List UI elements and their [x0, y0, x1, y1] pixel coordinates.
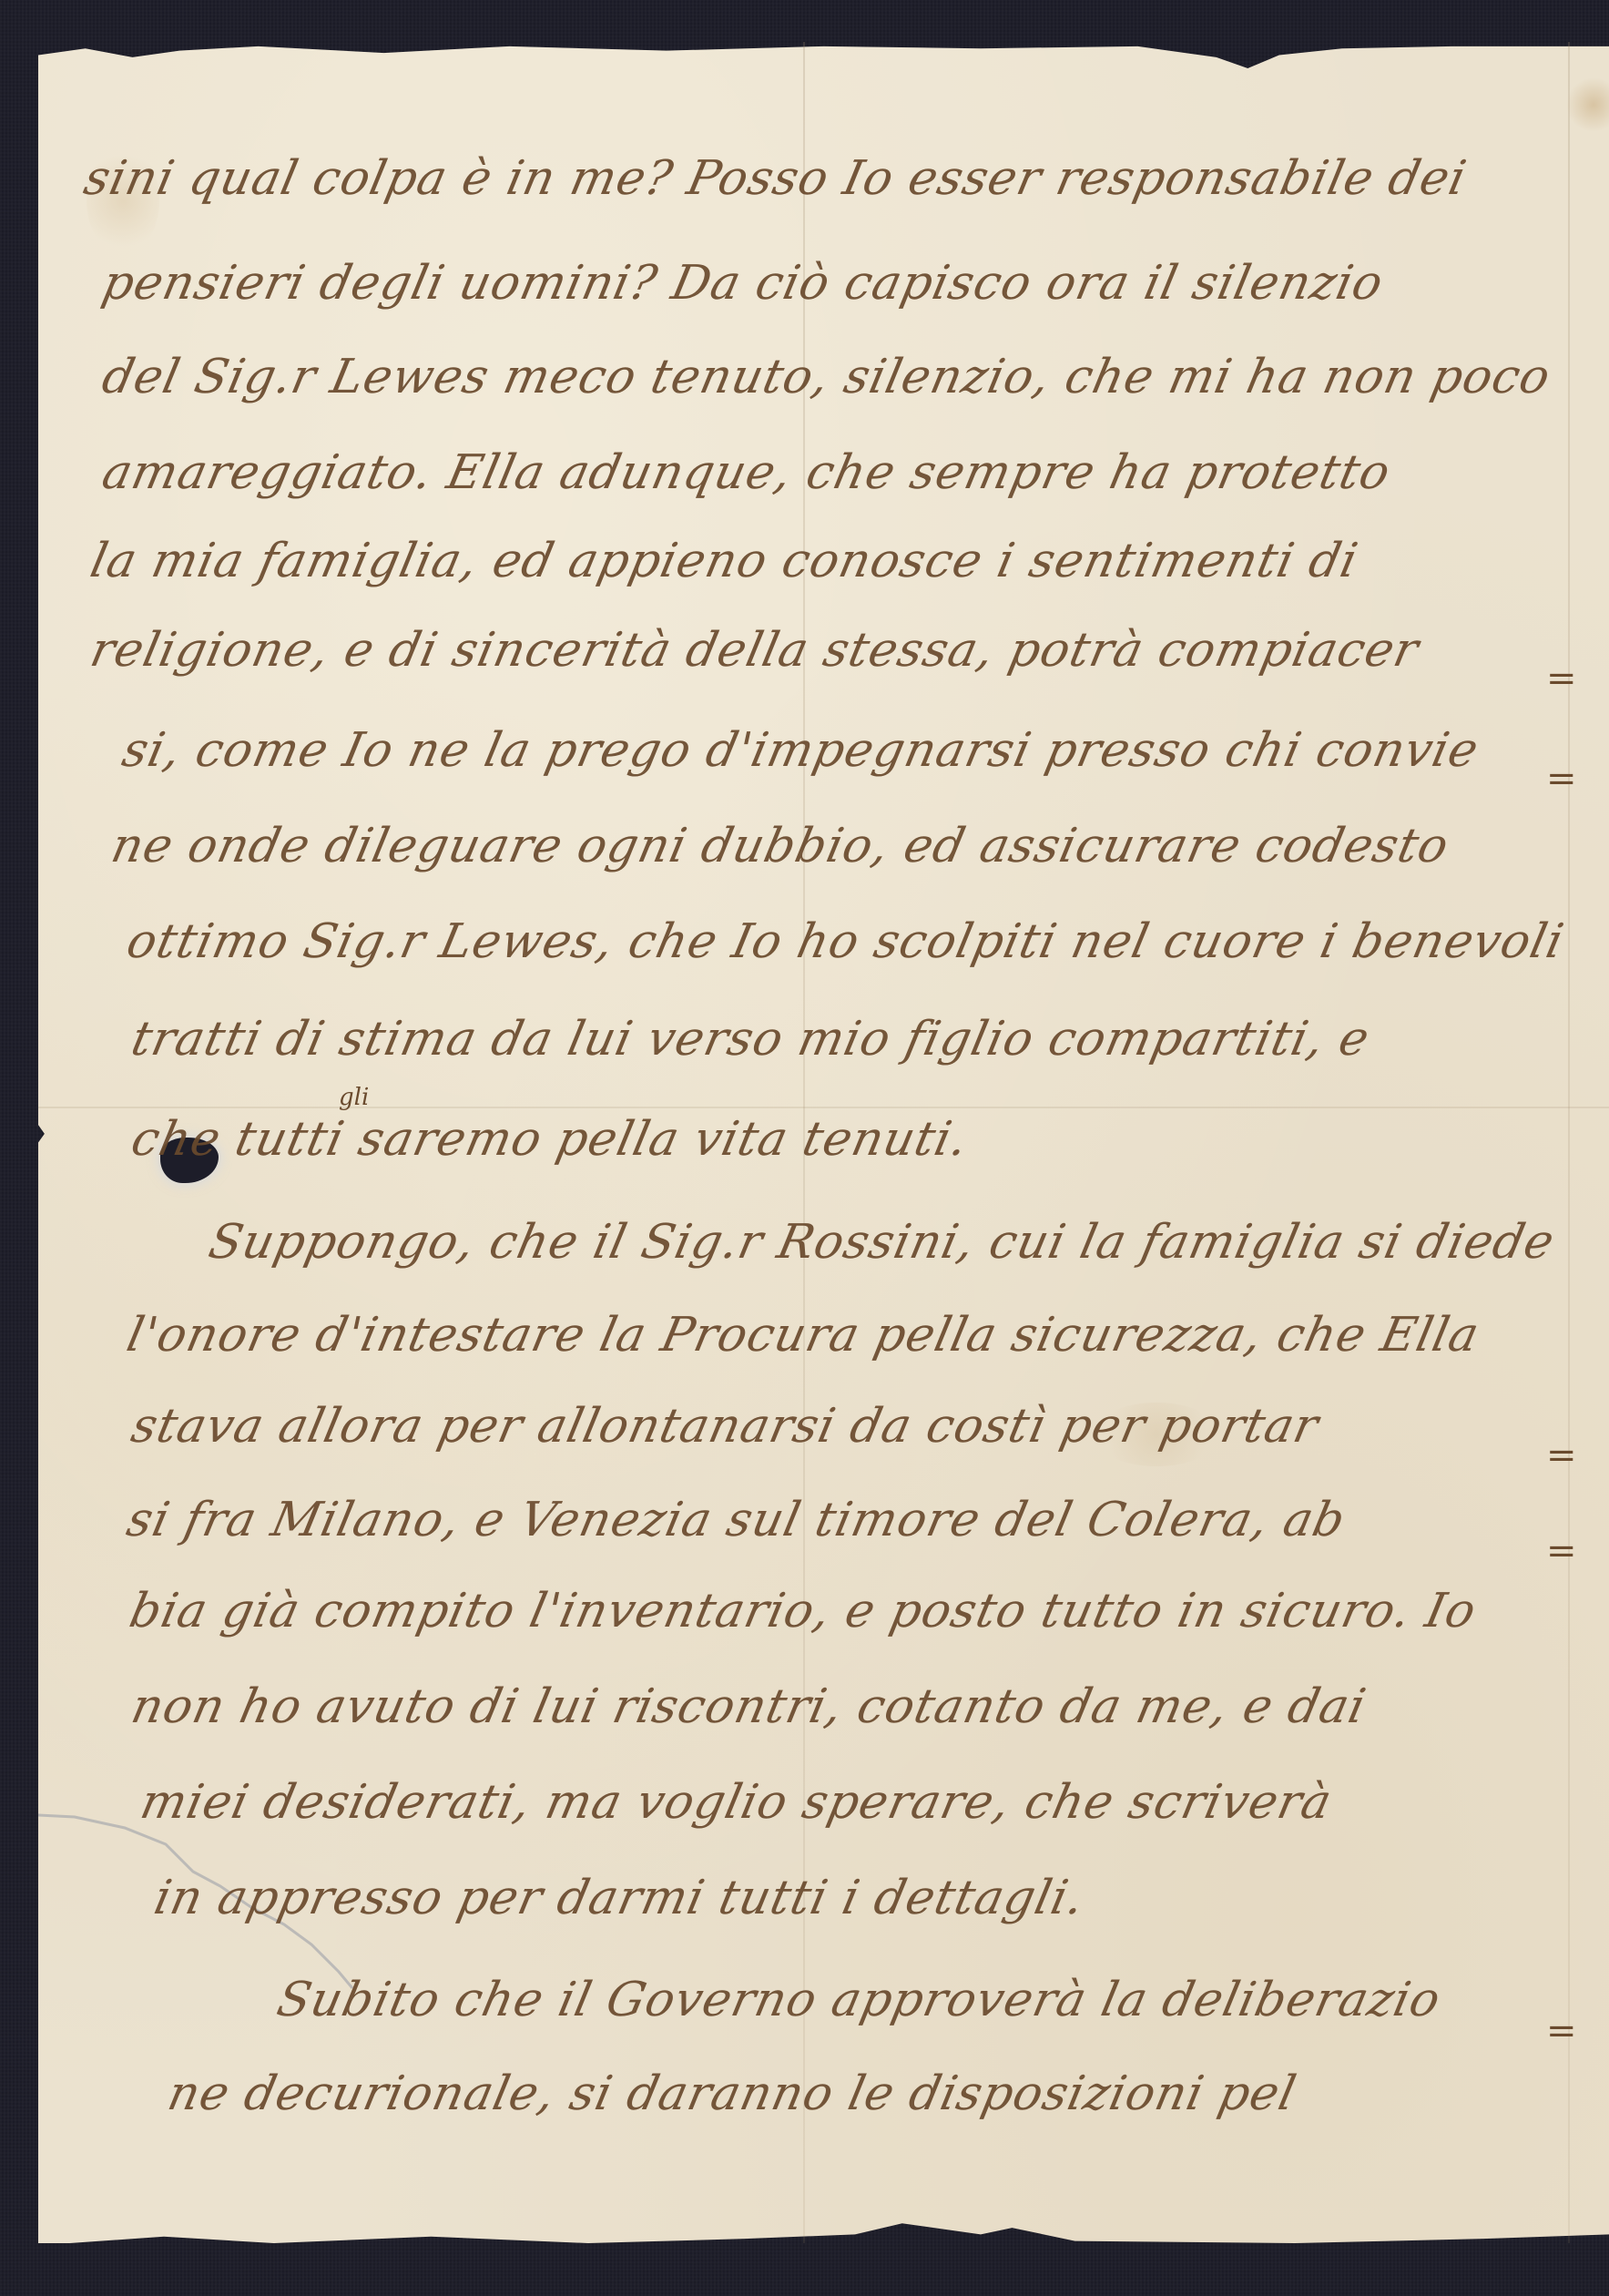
interlinear-insertion: gli [339, 1084, 369, 1111]
text-line-20: Subito che il Governo approverà la delib… [273, 1976, 1445, 2024]
text-line-18: miei desiderati, ma voglio sperare, che … [137, 1779, 1336, 1826]
continuation-mark: = [1546, 2013, 1577, 2049]
text-line-19: in appresso per darmi tutti i dettagli. [150, 1874, 1089, 1922]
continuation-mark: = [1546, 1437, 1577, 1474]
text-line-9: ottimo Sig.r Lewes, che Io ho scolpiti n… [123, 918, 1568, 965]
text-line-2: pensieri degli uomini? Da ciò capisco or… [98, 260, 1388, 307]
text-line-1: sini qual colpa è in me? Posso Io esser … [80, 155, 1471, 202]
continuation-mark: = [1546, 1533, 1577, 1569]
text-line-17: non ho avuto di lui riscontri, cotanto d… [127, 1683, 1370, 1730]
text-line-13: l'onore d'intestare la Procura pella sic… [123, 1311, 1483, 1359]
text-line-21: ne decurionale, si daranno le disposizio… [164, 2070, 1300, 2117]
text-line-4: amareggiato. Ella adunque, che sempre ha… [98, 449, 1395, 496]
text-line-7: si, come Io ne la prego d'impegnarsi pre… [118, 727, 1483, 774]
text-line-10: tratti di stima da lui verso mio figlio … [127, 1015, 1374, 1063]
text-line-8: ne onde dileguare ogni dubbio, ed assicu… [107, 822, 1453, 870]
continuation-mark: = [1546, 760, 1577, 797]
text-line-11: che tutti saremo pella vita tenuti. [127, 1116, 973, 1163]
text-line-6: religione, e di sincerità della stessa, … [87, 627, 1423, 674]
text-line-5: la mia famiglia, ed appieno conosce i se… [87, 537, 1362, 585]
right-fold-line [1568, 42, 1570, 2243]
text-line-16: bia già compito l'inventario, e posto tu… [126, 1587, 1481, 1635]
continuation-mark: = [1546, 660, 1577, 697]
text-line-15: si fra Milano, e Venezia sul timore del … [123, 1496, 1349, 1544]
text-line-3: del Sig.r Lewes meco tenuto, silenzio, c… [98, 353, 1554, 401]
horizontal-fold-line [38, 1107, 1609, 1108]
text-line-12: Suppongo, che il Sig.r Rossini, cui la f… [205, 1219, 1559, 1266]
text-line-14: stava allora per allontanarsi da costì p… [127, 1403, 1323, 1450]
